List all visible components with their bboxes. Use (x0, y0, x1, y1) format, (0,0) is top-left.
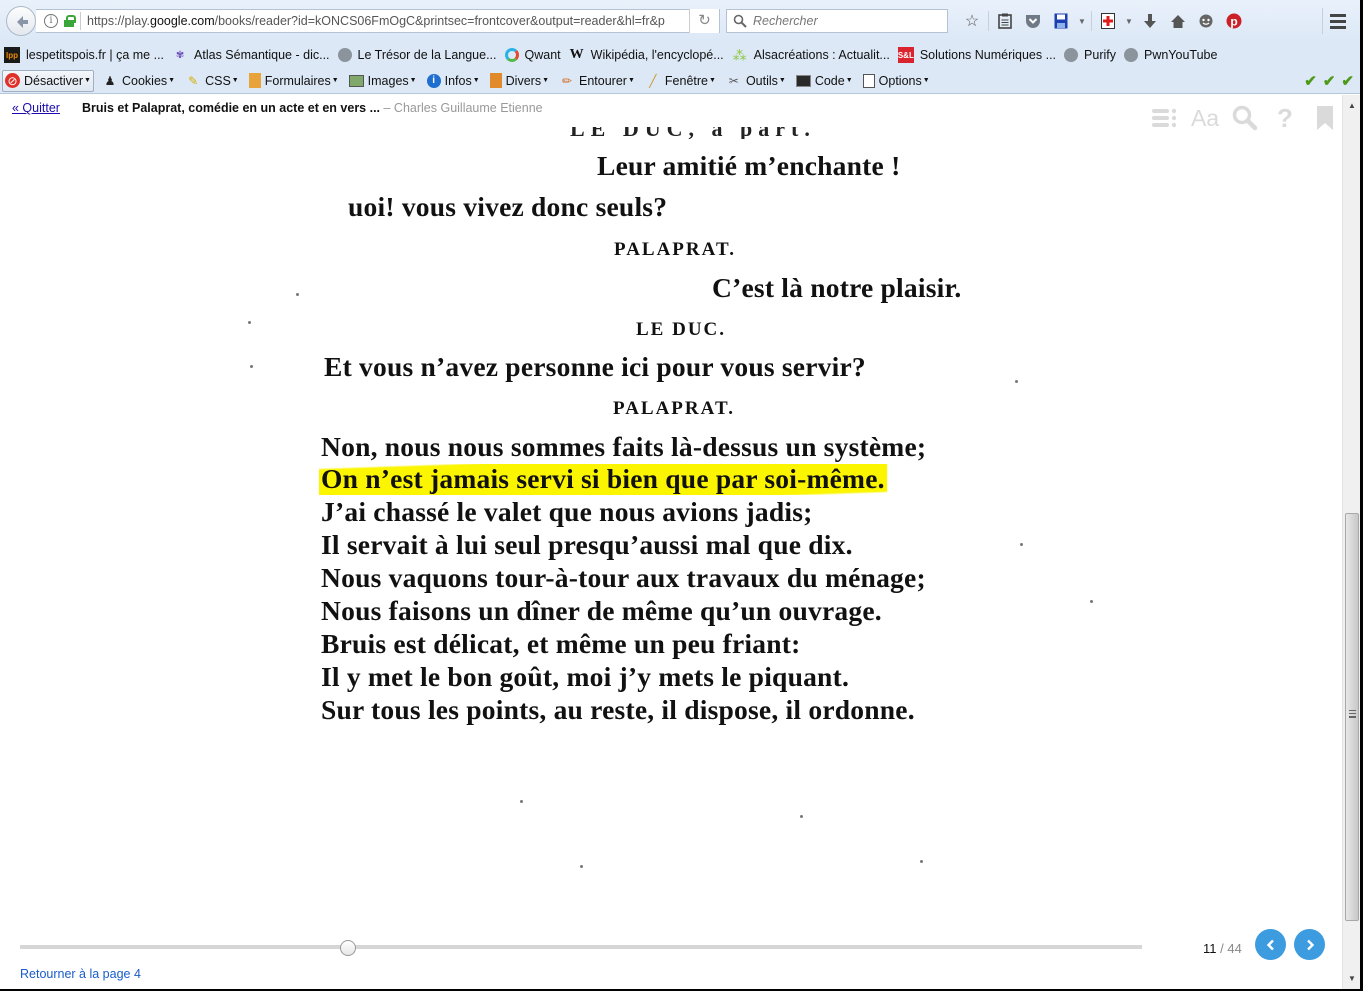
previous-page-button[interactable] (1255, 929, 1286, 960)
hamburger-menu-button[interactable] (1322, 8, 1352, 34)
menu-label: Désactiver (24, 74, 83, 88)
addon-icon[interactable] (1094, 8, 1122, 34)
verse-line: uoi! vous vivez donc seuls? (348, 192, 667, 223)
vertical-scrollbar[interactable]: ▲ ▼ (1342, 95, 1360, 989)
page-slider-track[interactable] (20, 945, 1142, 949)
speaker-name: LE DUC. (636, 319, 726, 341)
menu-label: Divers (506, 74, 541, 88)
verse-line: Il servait à lui seul presqu’aussi mal q… (321, 530, 853, 561)
contents-icon[interactable] (1152, 105, 1178, 131)
qwant-icon (505, 48, 519, 62)
menu-label: Outils (746, 74, 778, 88)
dropdown-arrow-icon: ▼ (410, 77, 417, 84)
cookies-menu[interactable]: ♟Cookies▼ (100, 70, 177, 92)
tools-menu[interactable]: ✂Outils▼ (724, 70, 788, 92)
sl-icon: S&L (898, 47, 914, 63)
search-input[interactable]: Rechercher (726, 9, 948, 33)
page-slider-thumb[interactable] (340, 940, 356, 956)
alsacreations-icon: ⁂ (732, 47, 748, 63)
misc-menu[interactable]: Divers▼ (488, 70, 551, 92)
verse-line: Bruis est délicat, et même un peu friant… (321, 629, 801, 660)
back-arrow-icon (14, 14, 30, 30)
toolbar-icons: ☆ ▼ ▼ p (958, 8, 1248, 34)
download-icon[interactable] (1136, 8, 1164, 34)
browser-window: i https://play.google.com/books/reader?i… (0, 0, 1360, 989)
url-prefix: https://play. (87, 14, 150, 28)
reader-toolbar: Aa ? (1152, 105, 1338, 131)
scan-speck (520, 800, 523, 803)
menu-label: Images (368, 74, 409, 88)
menu-label: Code (815, 74, 845, 88)
outline-menu[interactable]: ✏Entourer▼ (557, 70, 637, 92)
bookmark-label: Qwant (525, 48, 561, 62)
verse-line: Leur amitié m’enchante ! (597, 151, 900, 182)
cookies-icon: ♟ (102, 73, 118, 89)
window-menu[interactable]: ╱Fenêtre▼ (643, 70, 718, 92)
cut-off-line: LE DUC, à part. (570, 127, 816, 139)
total-pages: / 44 (1217, 941, 1242, 956)
forms-menu[interactable]: Formulaires▼ (247, 70, 341, 92)
scrollbar-thumb[interactable] (1345, 513, 1359, 921)
help-icon[interactable]: ? (1272, 105, 1298, 131)
book-author: – Charles Guillaume Etienne (380, 101, 543, 115)
bookmark-lespetitspois[interactable]: lpplespetitspois.fr | ça me ... (4, 47, 164, 63)
svg-text:p: p (1230, 15, 1237, 29)
dropdown-arrow-icon: ▼ (232, 77, 239, 84)
speaker-name: PALAPRAT. (613, 398, 735, 420)
bookmark-atlas[interactable]: ✾Atlas Sémantique - dic... (172, 47, 329, 63)
dropdown-arrow-icon: ▼ (473, 77, 480, 84)
dropdown-arrow-icon: ▼ (542, 77, 549, 84)
dropdown-arrow-icon: ▼ (84, 77, 91, 84)
addon-dropdown[interactable]: ▼ (1122, 8, 1136, 34)
bookmark-solutions-numeriques[interactable]: S&LSolutions Numériques ... (898, 47, 1056, 63)
image-icon (349, 75, 364, 87)
code-menu[interactable]: Code▼ (794, 70, 855, 92)
dropdown-arrow-icon: ▼ (923, 77, 930, 84)
check-icon[interactable]: ✔ (1323, 72, 1336, 90)
css-wand-icon: ✎ (185, 73, 201, 89)
css-menu[interactable]: ✎CSS▼ (183, 70, 241, 92)
scan-speck (250, 365, 253, 368)
validation-status: ✔ ✔ ✔ (1304, 72, 1354, 90)
quit-link[interactable]: « Quitter (12, 101, 60, 115)
bookmark-icon[interactable] (1312, 105, 1338, 131)
navigation-bar: i https://play.google.com/books/reader?i… (0, 0, 1360, 42)
bookmark-pwnyoutube[interactable]: PwnYouTube (1124, 48, 1217, 62)
verse-line: C’est là notre plaisir. (712, 273, 962, 304)
menu-label: Formulaires (265, 74, 331, 88)
bookmark-qwant[interactable]: Qwant (505, 48, 561, 62)
home-icon[interactable] (1164, 8, 1192, 34)
wikipedia-icon: W (569, 47, 585, 63)
dropdown-arrow-icon: ▼ (168, 77, 175, 84)
back-button[interactable] (6, 6, 36, 36)
tools-icon: ✂ (726, 73, 742, 89)
atlas-icon: ✾ (172, 47, 188, 63)
reading-list-icon[interactable] (991, 8, 1019, 34)
globe-icon (1124, 48, 1138, 62)
bookmark-tresor[interactable]: Le Trésor de la Langue... (338, 48, 497, 62)
bookmark-label: Solutions Numériques ... (920, 48, 1056, 62)
images-menu[interactable]: Images▼ (347, 70, 419, 92)
check-icon[interactable]: ✔ (1341, 72, 1354, 90)
speaker-name: PALAPRAT. (614, 239, 736, 261)
verse-line: Il y met le bon goût, moi j’y mets le pi… (321, 662, 849, 693)
options-menu[interactable]: Options▼ (861, 70, 932, 92)
scan-speck (580, 865, 583, 868)
info-icon: i (427, 74, 441, 88)
dropdown-arrow-icon: ▼ (846, 77, 853, 84)
current-page: 11 (1203, 941, 1217, 956)
menu-label: Entourer (579, 74, 627, 88)
url-path: /books/reader?id=kONCS06FmOgC&printsec=f… (215, 14, 665, 28)
pocket-icon[interactable] (1019, 8, 1047, 34)
chevron-left-icon (1265, 939, 1277, 951)
bookmark-label: Atlas Sémantique - dic... (194, 48, 329, 62)
verse-line: Nous faisons un dîner de même qu’un ouvr… (321, 596, 882, 627)
web-developer-toolbar: ⊘Désactiver▼ ♟Cookies▼ ✎CSS▼ Formulaires… (0, 68, 1360, 94)
search-icon (733, 14, 747, 28)
book-title-text: Bruis et Palaprat, comédie en un acte et… (82, 101, 380, 115)
chevron-right-icon (1304, 939, 1316, 951)
search-icon[interactable] (1232, 105, 1258, 131)
next-page-button[interactable] (1294, 929, 1325, 960)
scroll-down-arrow-icon[interactable]: ▼ (1343, 970, 1361, 987)
bookmark-purify[interactable]: Purify (1064, 48, 1116, 62)
lpp-icon: lpp (4, 47, 20, 63)
url-domain: google.com (150, 14, 215, 28)
separator (80, 12, 81, 30)
address-bar[interactable]: i https://play.google.com/books/reader?i… (36, 9, 720, 33)
infos-menu[interactable]: iInfos▼ (425, 70, 482, 92)
book-reader: « Quitter Bruis et Palaprat, comédie en … (0, 95, 1342, 989)
menu-label: CSS (205, 74, 231, 88)
page-indicator: 11 / 44 (1203, 941, 1242, 956)
pinterest-icon[interactable]: p (1220, 8, 1248, 34)
ruler-icon: ╱ (645, 73, 661, 89)
separator (988, 11, 989, 31)
scan-speck (248, 321, 251, 324)
menu-label: Cookies (122, 74, 167, 88)
bookmark-label: Purify (1084, 48, 1116, 62)
bookmark-alsacreations[interactable]: ⁂Alsacréations : Actualit... (732, 47, 890, 63)
disable-menu[interactable]: ⊘Désactiver▼ (2, 70, 94, 92)
book-page: LE DUC, à part. Leur amitié m’enchante !… (300, 135, 1040, 915)
dropdown-arrow-icon: ▼ (779, 77, 786, 84)
notebook-icon (490, 73, 502, 88)
clipboard-icon (249, 73, 261, 88)
globe-icon (1064, 48, 1078, 62)
verse-line: Non, nous nous sommes faits là-dessus un… (321, 432, 926, 463)
verse-line: J’ai chassé le valet que nous avions jad… (321, 497, 813, 528)
star-icon[interactable]: ☆ (958, 8, 986, 34)
dropdown-arrow-icon: ▼ (709, 77, 716, 84)
save-icon[interactable] (1047, 8, 1075, 34)
scan-speck (800, 815, 803, 818)
grip-icon (1349, 710, 1356, 718)
verse-line: Et vous n’avez personne ici pour vous se… (324, 352, 866, 383)
terminal-icon (796, 75, 811, 87)
pencil-icon: ✏ (559, 73, 575, 89)
bookmark-label: Le Trésor de la Langue... (358, 48, 497, 62)
dropdown-arrow-icon: ▼ (332, 77, 339, 84)
book-title: Bruis et Palaprat, comédie en un acte et… (82, 101, 543, 115)
lock-icon[interactable] (64, 15, 74, 27)
chat-icon[interactable] (1192, 8, 1220, 34)
return-to-page-link[interactable]: Retourner à la page 4 (20, 967, 141, 981)
bookmarks-toolbar: lpplespetitspois.fr | ça me ... ✾Atlas S… (0, 42, 1360, 68)
scan-speck (296, 293, 299, 296)
bookmark-label: Wikipédia, l'encyclopé... (591, 48, 724, 62)
search-placeholder: Rechercher (753, 14, 818, 28)
options-icon (863, 74, 875, 88)
url-text[interactable]: https://play.google.com/books/reader?id=… (87, 14, 687, 28)
scan-speck (1090, 600, 1093, 603)
info-icon[interactable]: i (44, 14, 58, 28)
disable-icon: ⊘ (5, 73, 20, 88)
bookmark-label: lespetitspois.fr | ça me ... (26, 48, 164, 62)
bookmark-label: Alsacréations : Actualit... (754, 48, 890, 62)
reload-button[interactable]: ↻ (689, 9, 719, 33)
scroll-up-arrow-icon[interactable]: ▲ (1343, 97, 1361, 114)
globe-icon (338, 48, 352, 62)
dropdown-arrow-icon: ▼ (628, 77, 635, 84)
bookmark-label: PwnYouTube (1144, 48, 1217, 62)
scan-speck (920, 860, 923, 863)
font-size-icon[interactable]: Aa (1192, 105, 1218, 131)
scan-speck (1015, 380, 1018, 383)
verse-line: Sur tous les points, au reste, il dispos… (321, 695, 915, 726)
highlighted-verse-line[interactable]: On n’est jamais servi si bien que par so… (319, 464, 887, 495)
save-dropdown[interactable]: ▼ (1075, 8, 1089, 34)
menu-label: Fenêtre (665, 74, 708, 88)
scan-speck (1020, 543, 1023, 546)
menu-label: Infos (445, 74, 472, 88)
check-icon[interactable]: ✔ (1304, 72, 1317, 90)
separator (1091, 11, 1092, 31)
verse-line: Nous vaquons tour-à-tour aux travaux du … (321, 563, 926, 594)
menu-label: Options (879, 74, 922, 88)
bookmark-wikipedia[interactable]: WWikipédia, l'encyclopé... (569, 47, 724, 63)
